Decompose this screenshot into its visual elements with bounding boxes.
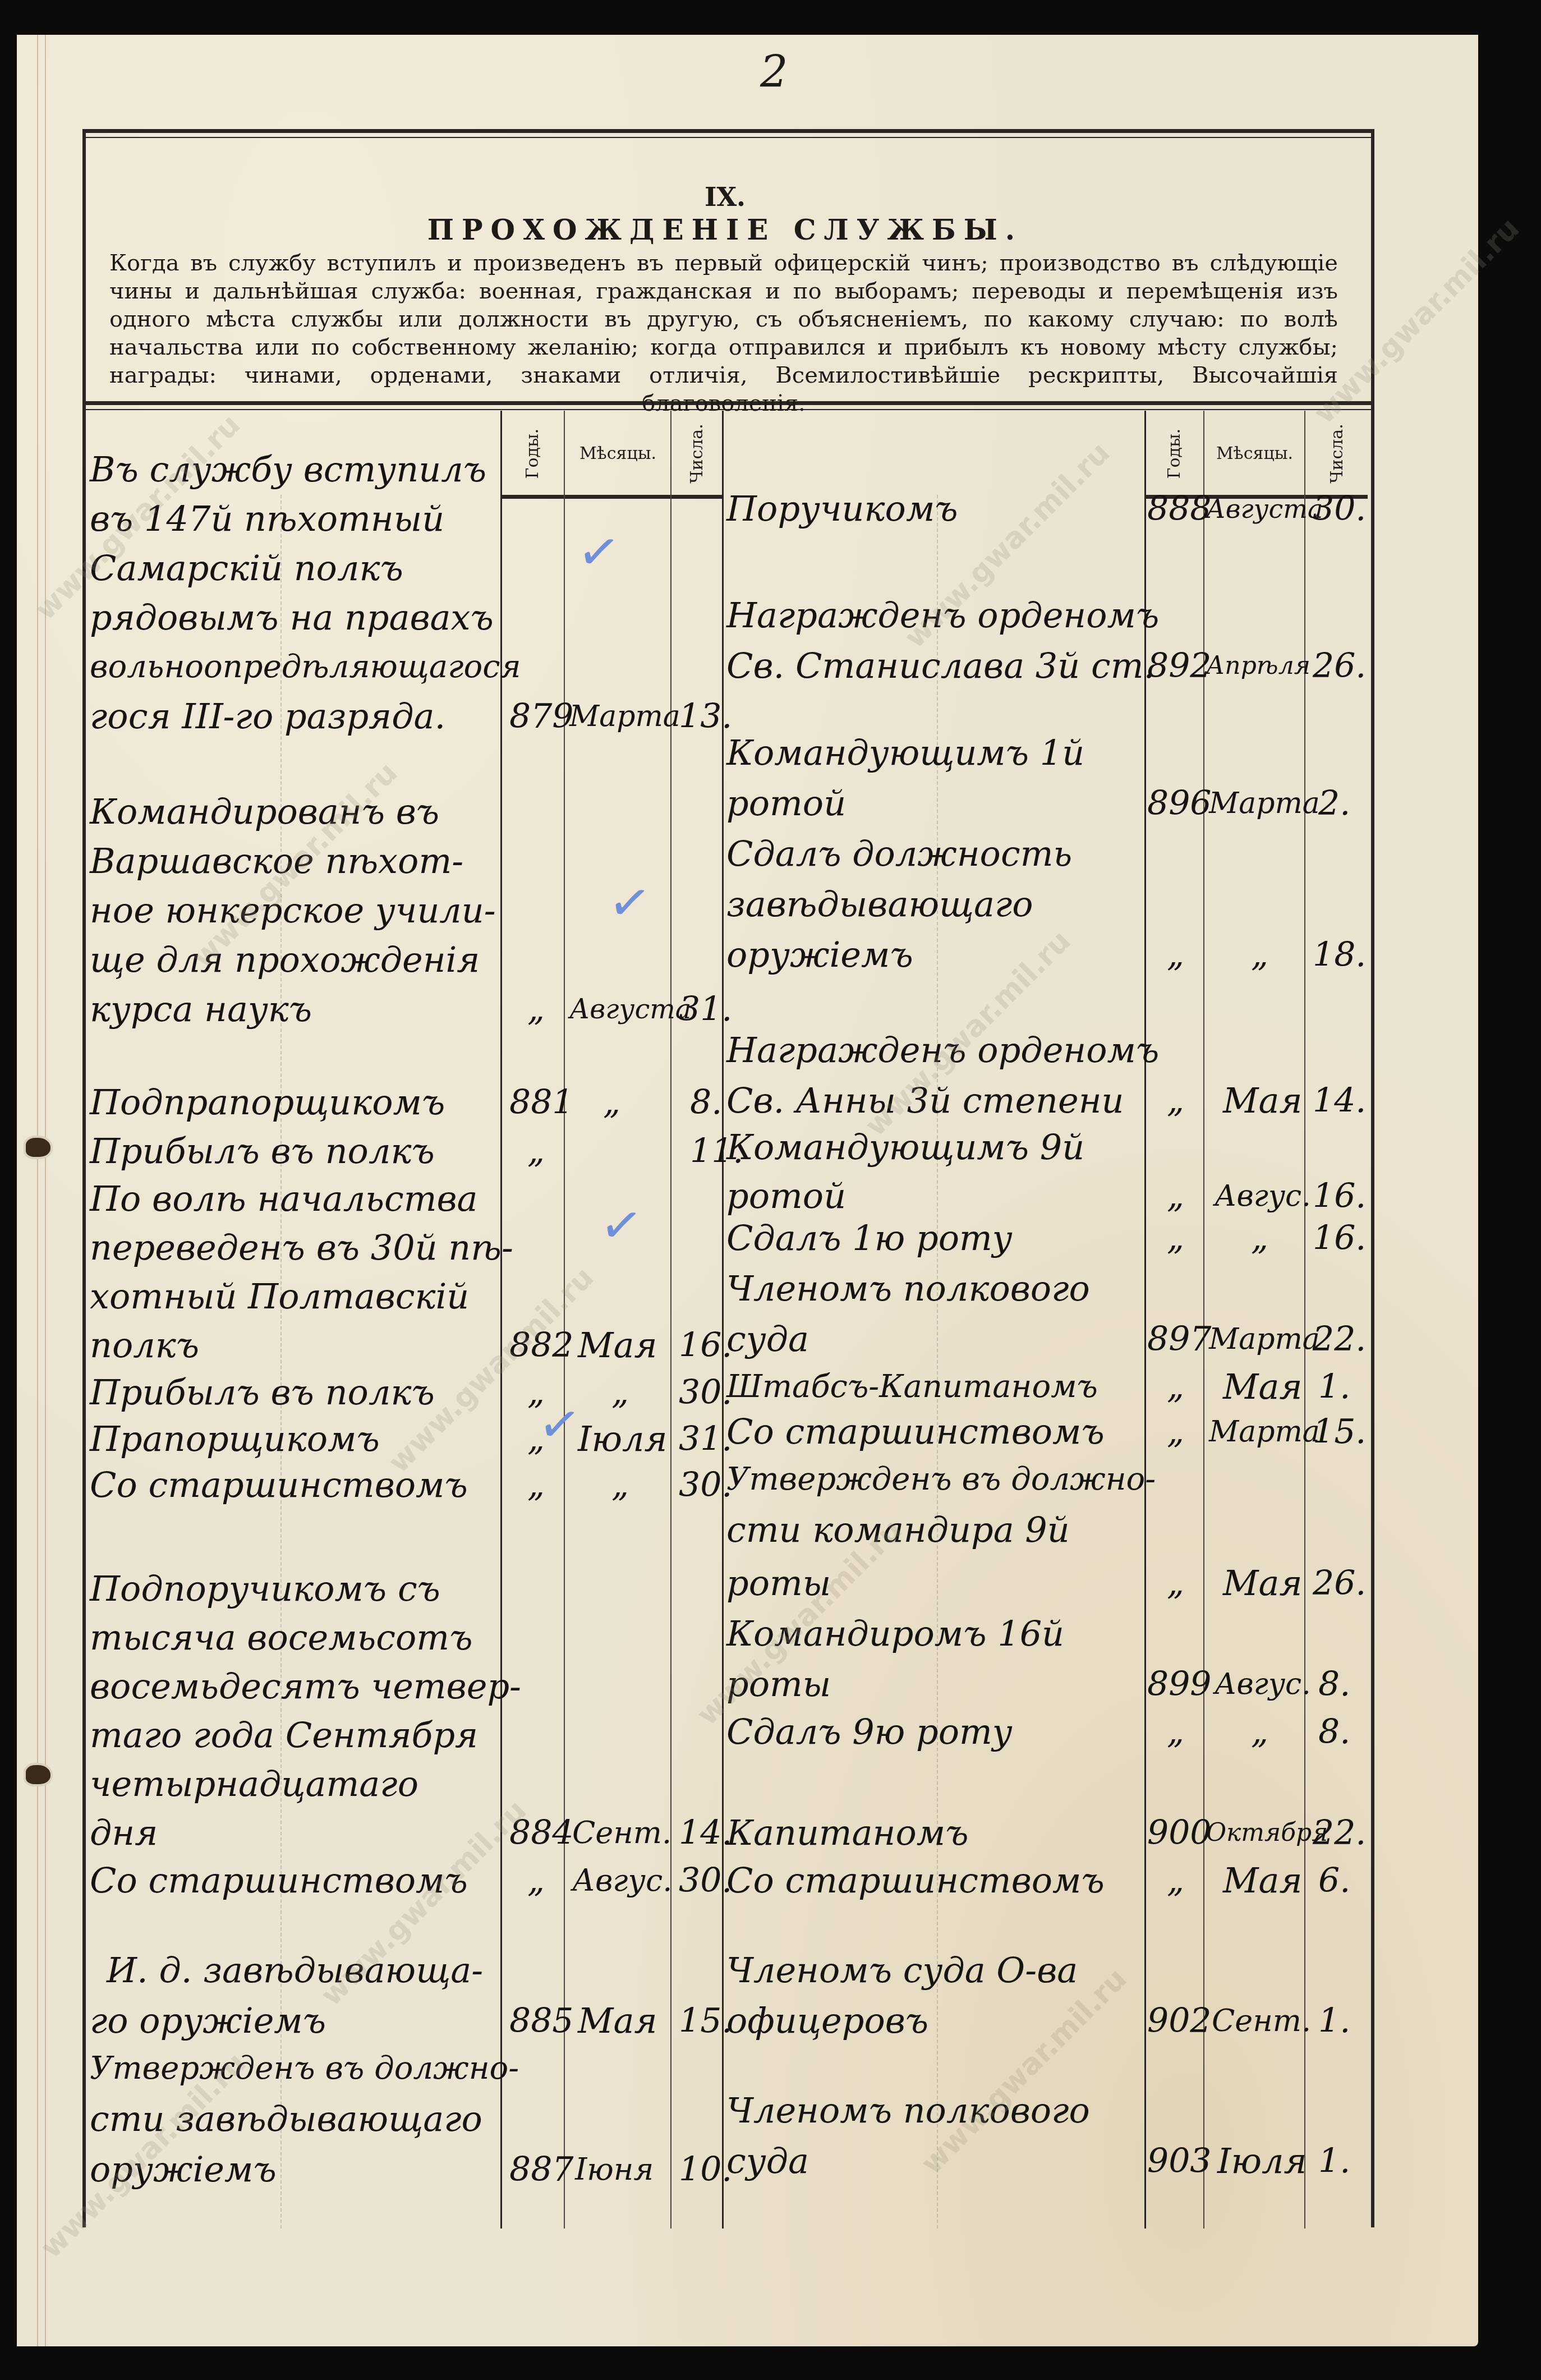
binding-edge [37, 35, 46, 2346]
entry-day: 1. [1318, 2001, 1350, 2041]
entry-day: 30. [1313, 489, 1366, 529]
entry-month: Сент. [572, 1813, 671, 1853]
entry-text-line: Со старшинствомъ [726, 1861, 1105, 1900]
entry-year: 896 [1147, 784, 1212, 823]
entry-text-line: Подпоручикомъ съ [90, 1569, 440, 1609]
top-rule-thin [82, 137, 1371, 138]
entry-day: 6. [1318, 1861, 1350, 1900]
section-description: Когда въ службу вступилъ и произведенъ в… [109, 249, 1338, 417]
entry-text-line: суда [726, 1320, 809, 1359]
entry-day: 30. [679, 1373, 732, 1412]
entry-text-line: рядовымъ на правахъ [90, 598, 494, 637]
entry-day: 15. [679, 2001, 732, 2041]
entry-day: 10. [679, 2150, 732, 2189]
section-title: ПРОХОЖДЕНІЕ СЛУЖБЫ. [82, 213, 1368, 246]
staple-hole [24, 1136, 53, 1159]
entry-year: 903 [1147, 2142, 1212, 2181]
checkmark-icon: ✓ [605, 871, 655, 935]
entry-text-line: сти завѣдывающаго [90, 2099, 482, 2139]
entry-year: „ [1167, 1219, 1184, 1258]
col-header-month: Мѣсяцы. [1205, 412, 1304, 495]
entry-text-line: Членомъ полкового [726, 2091, 1090, 2130]
col-divider [670, 411, 671, 2229]
entry-text-line: дня [90, 1813, 158, 1853]
col-divider [564, 411, 565, 2229]
entry-year: 897 [1147, 1320, 1212, 1359]
entry-text-line: переведенъ въ 30й пѣ- [90, 1228, 513, 1267]
entry-month: Августа [1206, 489, 1323, 529]
col-header-year: Годы. [1146, 412, 1203, 495]
entry-text-line: Членомъ полкового [726, 1269, 1090, 1308]
entry-month: Іюля [1217, 2142, 1307, 2181]
entry-text-line: Св. Станислава 3й ст. [726, 646, 1154, 686]
entry-text-line: четырнадцатаго [90, 1765, 418, 1804]
entry-year: 899 [1147, 1665, 1212, 1704]
entry-year: „ [527, 1132, 545, 1171]
entry-month: Марта [1209, 1412, 1320, 1451]
entry-month: Марта [1209, 1320, 1320, 1359]
entry-month: „ [611, 1465, 629, 1505]
entry-month: „ [1251, 1712, 1268, 1752]
entry-text-line: Со старшинствомъ [726, 1412, 1105, 1451]
entry-day: 30. [679, 1465, 732, 1505]
entry-year: „ [1167, 1712, 1184, 1752]
entry-month: Марта [1209, 784, 1320, 823]
entry-year: 879 [509, 697, 574, 736]
entry-text-line: Утвержденъ въ должно- [726, 1460, 1156, 1499]
left-colhead-rule [500, 495, 722, 499]
document-page: 2 IX. ПРОХОЖДЕНІЕ СЛУЖБЫ. Когда въ служб… [17, 35, 1478, 2346]
entry-month: Октября [1206, 1813, 1328, 1853]
entry-text-line: Поручикомъ [726, 489, 958, 529]
entry-text-line: ще для прохожденія [90, 940, 480, 980]
entry-day: 26. [1313, 646, 1366, 686]
entry-day: 14. [1313, 1081, 1366, 1120]
entry-day: 18. [1313, 935, 1366, 975]
entry-year: „ [1167, 1412, 1184, 1451]
checkmark-icon: ✓ [596, 1193, 646, 1257]
entry-text-line: завѣдывающаго [726, 885, 1033, 924]
entry-text-line: сти командира 9й [726, 1510, 1070, 1550]
entry-text-line: ротой [726, 784, 846, 823]
entry-year: 885 [509, 2001, 574, 2041]
entry-text-line: Сдалъ 1ю роту [726, 1219, 1013, 1258]
entry-text-line: Награжденъ орденомъ [726, 1031, 1159, 1070]
entry-month: Мая [1223, 1081, 1303, 1120]
entry-year: 887 [509, 2150, 574, 2189]
entry-day: 13. [679, 697, 732, 736]
entry-day: 15. [1313, 1412, 1366, 1451]
entry-day: 1. [1318, 1367, 1350, 1407]
entry-month: Авгус. [1215, 1177, 1311, 1216]
entry-text-line: оружіемъ [90, 2150, 277, 2189]
entry-year: 892 [1147, 646, 1212, 686]
entry-month: Мая [578, 1326, 657, 1365]
entry-year: „ [1167, 1861, 1184, 1900]
entry-year: 881 [509, 1083, 574, 1122]
entry-year: „ [1167, 1367, 1184, 1407]
entry-year: 900 [1147, 1813, 1212, 1853]
entry-month: Іюля [578, 1419, 668, 1459]
entry-month: „ [1251, 1219, 1268, 1258]
entry-year: „ [527, 990, 545, 1029]
entry-month: Марта [569, 697, 680, 736]
entry-text-line: хотный Полтавскій [90, 1277, 469, 1316]
col-divider [722, 411, 724, 2229]
entry-year: 884 [509, 1813, 574, 1853]
col-header-day: Числа. [1306, 412, 1368, 495]
entry-day: 30. [679, 1861, 732, 1900]
entry-year: „ [527, 1465, 545, 1505]
entry-text-line: Въ службу вступилъ [90, 450, 486, 489]
entry-day: 22. [1313, 1813, 1366, 1853]
entry-month: Августа [569, 990, 691, 1029]
entry-text-line: И. д. завѣдывающа- [107, 1951, 483, 1990]
entry-text-line: роты [726, 1564, 831, 1603]
entry-text-line: курса наукъ [90, 990, 312, 1029]
entry-text-line: Подпрапорщикомъ [90, 1083, 445, 1122]
entry-text-line: Командированъ въ [90, 792, 439, 831]
entry-text-line: Штабсъ-Капитаномъ [726, 1367, 1098, 1407]
col-header-day: Числа. [672, 412, 722, 495]
entry-day: 26. [1313, 1564, 1366, 1603]
entry-month: Авгус. [572, 1861, 672, 1900]
entry-month: „ [1251, 935, 1268, 975]
entry-month: „ [611, 1373, 629, 1412]
entry-day: 2. [1318, 784, 1350, 823]
entry-day: 8. [1318, 1665, 1350, 1704]
page-number: 2 [760, 47, 788, 98]
entry-text-line: полкъ [90, 1326, 199, 1365]
entry-year: „ [1167, 1081, 1184, 1120]
entry-year: 888 [1147, 489, 1212, 529]
entry-text-line: По волѣ начальства [90, 1179, 478, 1219]
entry-day: 16. [679, 1326, 732, 1365]
entry-text-line: Сдалъ 9ю роту [726, 1712, 1013, 1752]
entry-text-line: Со старшинствомъ [90, 1465, 468, 1505]
entry-month: Авгус. [1215, 1665, 1311, 1704]
checkmark-icon: ✓ [535, 1393, 585, 1457]
entry-text-line: Членомъ суда О-ва [726, 1951, 1078, 1990]
entry-text-line: Командующимъ 1й [726, 733, 1084, 773]
entry-text-line: Сдалъ должность [726, 834, 1072, 874]
entry-day: 14. [679, 1813, 732, 1853]
entry-month: Сент. [1212, 2001, 1311, 2041]
entry-text-line: Прибылъ въ полкъ [90, 1373, 435, 1412]
entry-year: „ [1167, 935, 1184, 975]
entry-text-line: Прапорщикомъ [90, 1419, 380, 1459]
entry-text-line: офицеровъ [726, 2001, 928, 2041]
entry-text-line: суда [726, 2142, 809, 2181]
entry-text-line: Св. Анны 3й степени [726, 1081, 1124, 1120]
entry-month: Апрѣля [1206, 646, 1310, 686]
entry-year: „ [1167, 1177, 1184, 1216]
entry-year: „ [1167, 1564, 1184, 1603]
entry-day: 16. [1313, 1177, 1366, 1216]
entry-month: „ [603, 1083, 620, 1122]
entry-month: Мая [1223, 1367, 1303, 1407]
entry-text-line: Самарскій полкъ [90, 549, 403, 588]
entry-text-line: Капитаномъ [726, 1813, 968, 1853]
entry-day: 8. [690, 1083, 722, 1122]
entry-text-line: въ 147й пѣхотный [90, 499, 444, 539]
entry-text-line: Командующимъ 9й [726, 1128, 1084, 1167]
entry-day: 31. [679, 990, 732, 1029]
entry-text-line: го оружіемъ [90, 2001, 326, 2041]
entry-text-line: Прибылъ въ полкъ [90, 1132, 435, 1171]
entry-text-line: роты [726, 1665, 831, 1704]
checkmark-icon: ✓ [574, 520, 624, 584]
col-header-year: Годы. [502, 412, 564, 495]
entry-year: „ [527, 1861, 545, 1900]
entry-text-line: гося III-го разряда. [90, 697, 445, 736]
entry-text-line: тысяча восемьсотъ [90, 1618, 472, 1657]
entry-month: Іюня [575, 2150, 654, 2189]
entry-text-line: таго года Сентября [90, 1716, 478, 1755]
entry-month: Мая [1223, 1861, 1303, 1900]
entry-text-line: Варшавское пѣхот- [90, 842, 463, 881]
entry-text-line: ное юнкерское учили- [90, 891, 496, 930]
section-number: IX. [82, 182, 1368, 212]
entry-text-line: Со старшинствомъ [90, 1861, 468, 1900]
entry-text-line: Командиромъ 16й [726, 1614, 1064, 1653]
entry-text-line: оружіемъ [726, 935, 913, 975]
top-rule [82, 129, 1371, 133]
entry-month: Мая [1223, 1564, 1303, 1603]
entry-text-line: Награжденъ орденомъ [726, 596, 1159, 635]
col-header-month: Мѣсяцы. [565, 412, 670, 495]
staple-hole [24, 1763, 53, 1786]
entry-day: 8. [1318, 1712, 1350, 1752]
entry-text-line: ротой [726, 1177, 846, 1216]
entry-month: Мая [578, 2001, 657, 2041]
entry-text-line: восемьдесятъ четвер- [90, 1667, 521, 1706]
entry-day: 16. [1313, 1219, 1366, 1258]
entry-day: 31. [679, 1419, 732, 1459]
entry-text-line: Утвержденъ въ должно- [90, 2049, 519, 2088]
entry-day: 1. [1318, 2142, 1350, 2181]
entry-year: 882 [509, 1326, 574, 1365]
entry-year: 902 [1147, 2001, 1212, 2041]
entry-day: 22. [1313, 1320, 1366, 1359]
entry-text-line: вольноопредѣляющагося [90, 647, 521, 687]
